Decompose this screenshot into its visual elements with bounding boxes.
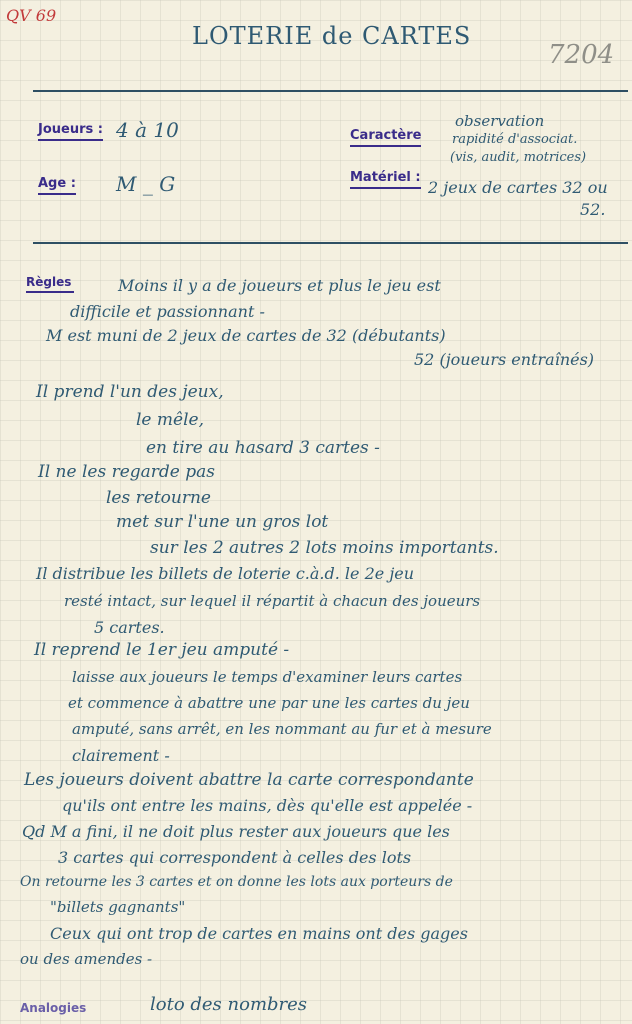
rule-line: resté intact, sur lequel il répartit à c… (64, 592, 480, 610)
rule-line: amputé, sans arrêt, en les nommant au fu… (72, 720, 492, 738)
rule-line: Qd M a fini, il ne doit plus rester aux … (22, 822, 450, 841)
rule-line: Il distribue les billets de loterie c.à.… (36, 564, 414, 583)
fields-divider (33, 242, 628, 244)
age-label: Age : (38, 176, 76, 195)
rule-line: Il prend l'un des jeux, (36, 382, 224, 402)
reference-number: 7204 (548, 40, 614, 70)
rule-line: laisse aux joueurs le temps d'examiner l… (72, 668, 462, 686)
rule-line: et commence à abattre une par une les ca… (68, 694, 470, 712)
age-value: M _ G (116, 172, 175, 196)
rule-line: en tire au hasard 3 cartes - (146, 438, 380, 458)
regles-label: Règles (26, 275, 74, 293)
rule-line: 5 cartes. (94, 618, 165, 637)
rule-line: qu'ils ont entre les mains, dès qu'elle … (62, 796, 472, 815)
rule-line: On retourne les 3 cartes et on donne les… (20, 874, 453, 890)
rule-line: difficile et passionnant - (70, 302, 265, 321)
rule-line: Moins il y a de joueurs et plus le jeu e… (118, 276, 441, 295)
rule-line: ou des amendes - (20, 950, 152, 968)
rule-line: 3 cartes qui correspondent à celles des … (58, 848, 411, 867)
analogies-label: Analogies (20, 1001, 86, 1017)
rule-line: M est muni de 2 jeux de cartes de 32 (dé… (46, 326, 446, 345)
caractere-label: Caractère (350, 128, 421, 147)
rule-line: le mêle, (136, 410, 204, 430)
joueurs-label: Joueurs : (38, 122, 103, 141)
rule-line: sur les 2 autres 2 lots moins importants… (150, 538, 499, 558)
materiel-label: Matériel : (350, 170, 421, 189)
rule-line: met sur l'une un gros lot (116, 512, 328, 532)
rule-line: 52 (joueurs entraînés) (414, 350, 594, 369)
header-divider (33, 90, 628, 92)
rule-line: Ceux qui ont trop de cartes en mains ont… (50, 924, 468, 943)
rule-line: Les joueurs doivent abattre la carte cor… (24, 770, 474, 790)
rule-line: Il ne les regarde pas (38, 462, 215, 482)
rule-line: "billets gagnants" (50, 898, 185, 916)
rule-line: Il reprend le 1er jeu amputé - (34, 640, 289, 660)
rule-line: clairement - (72, 746, 170, 765)
analogies-value: loto des nombres (150, 994, 307, 1015)
card-title: LOTERIE de CARTES (192, 22, 471, 50)
catalog-mark: QV 69 (6, 6, 56, 25)
rule-line: les retourne (106, 488, 211, 508)
joueurs-value: 4 à 10 (116, 118, 179, 142)
